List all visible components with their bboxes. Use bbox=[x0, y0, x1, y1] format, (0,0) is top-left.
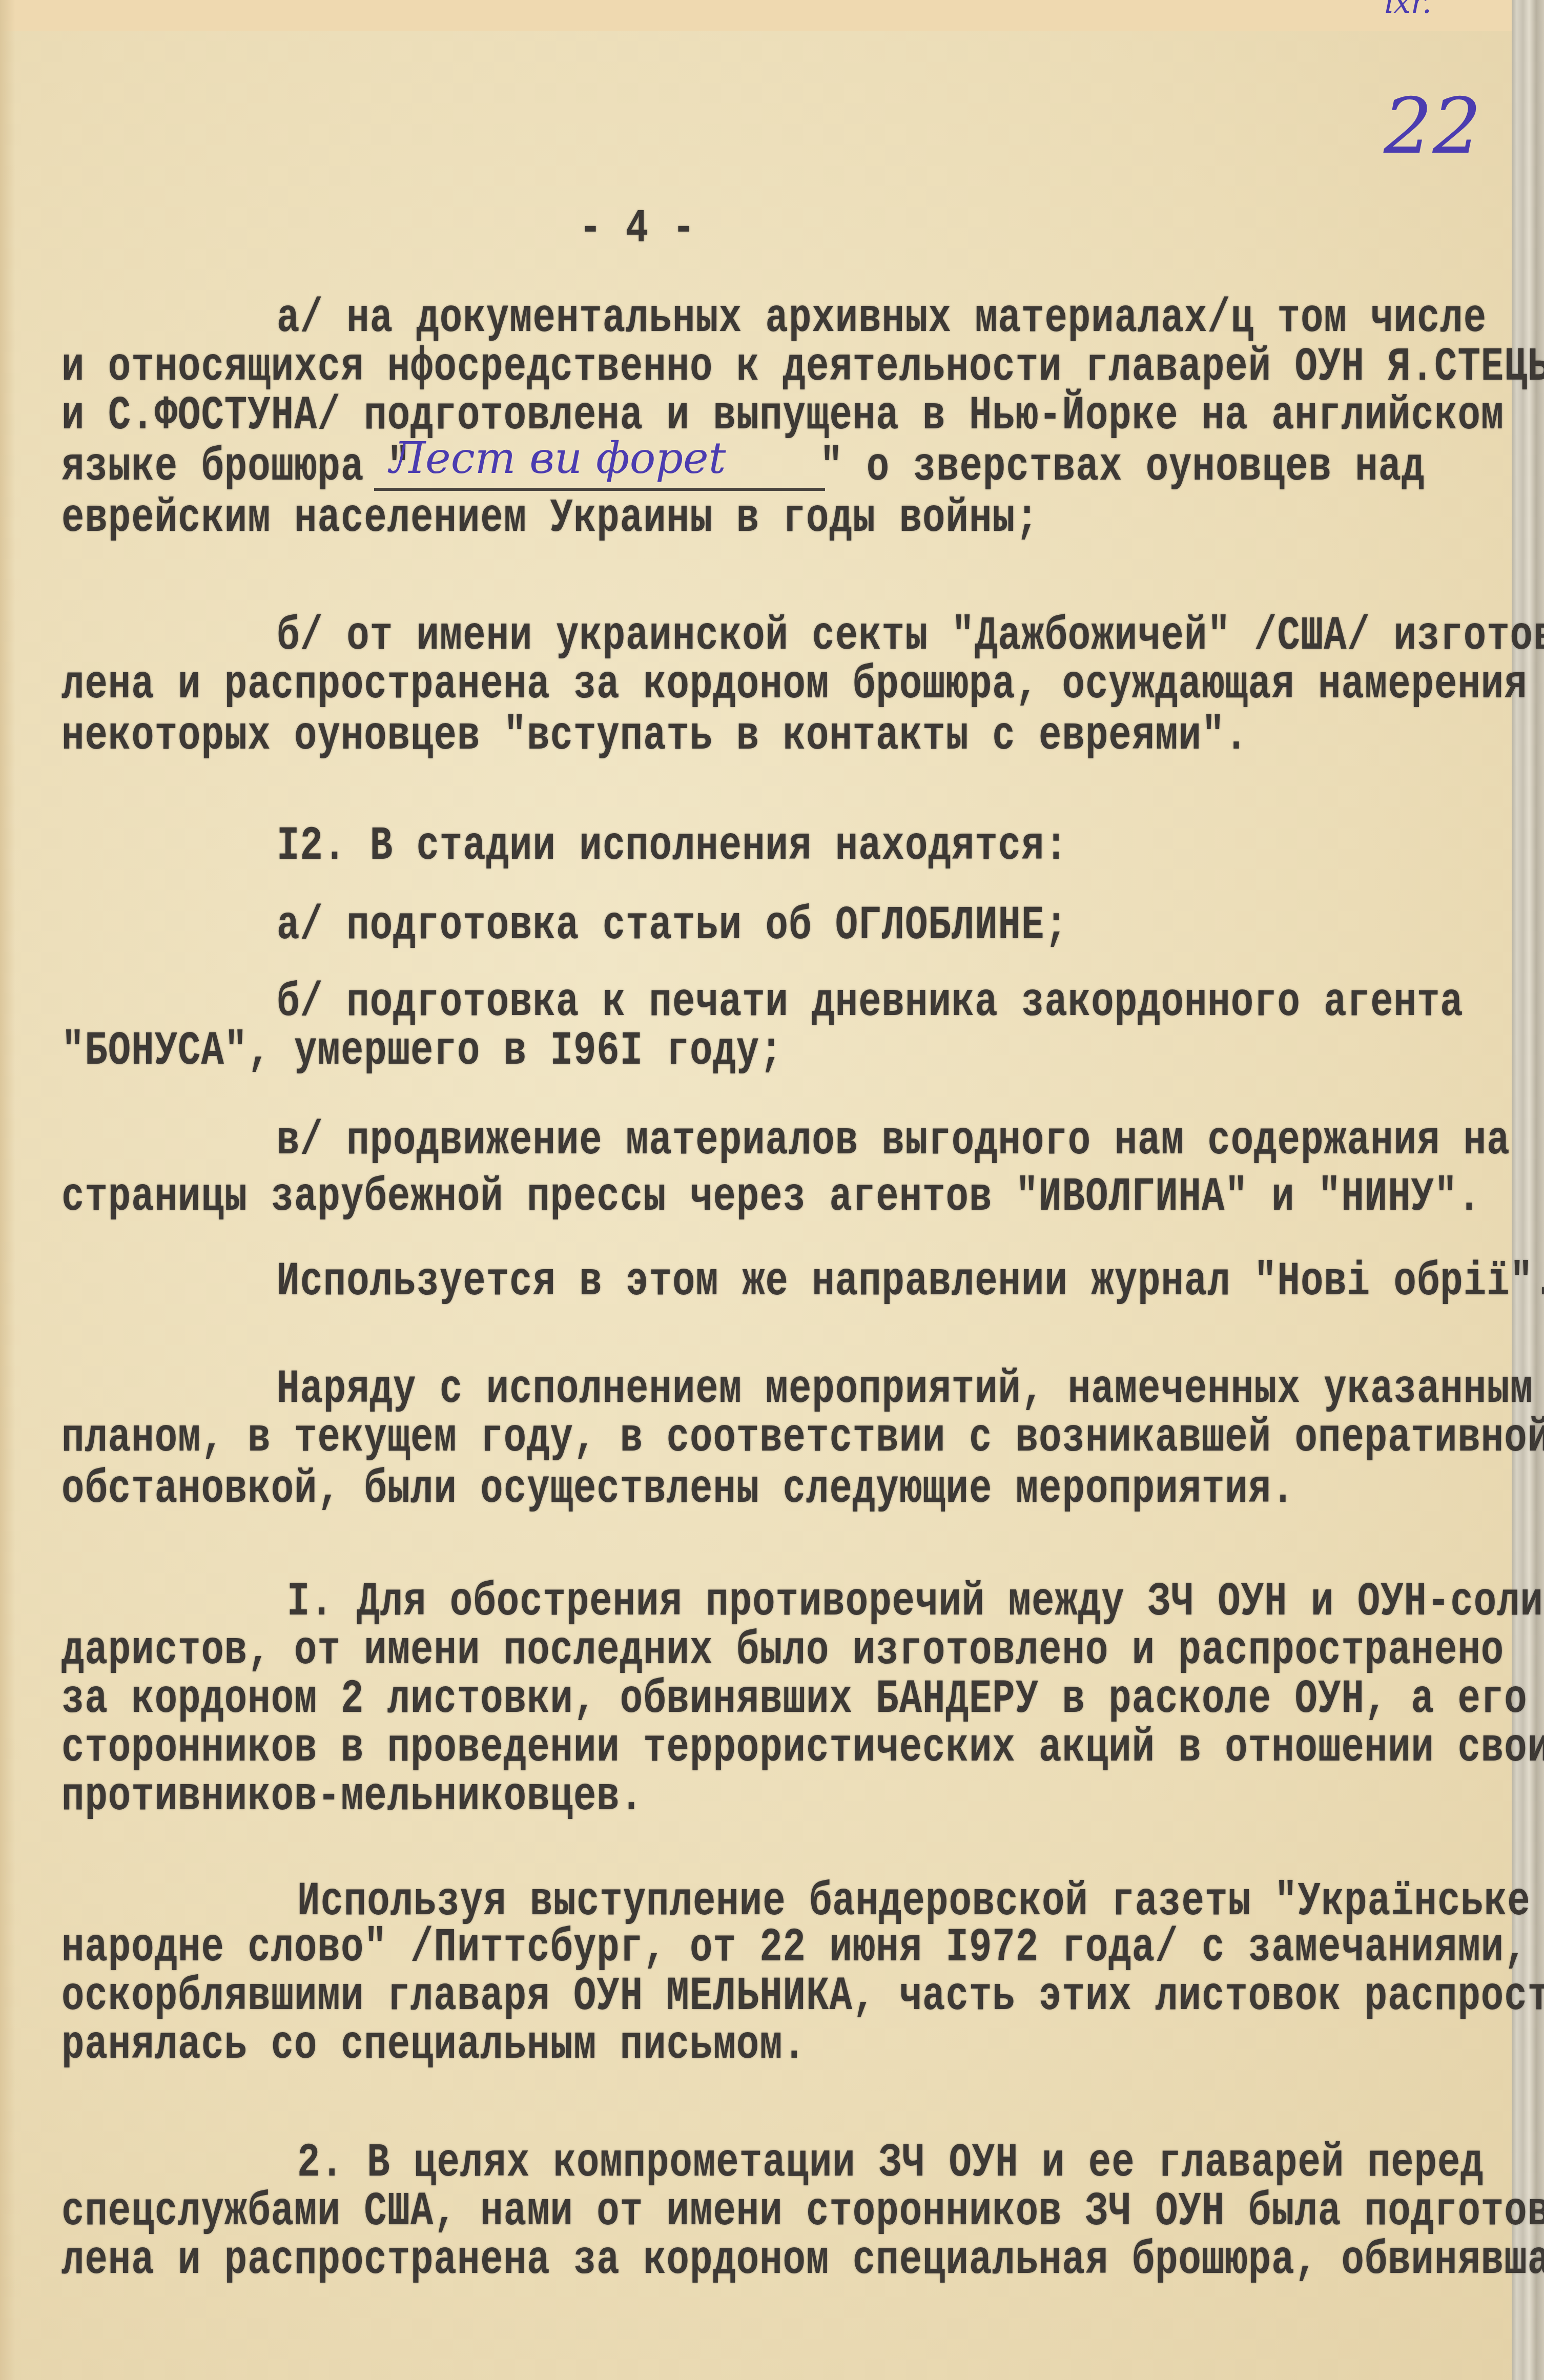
text-line: некоторых оуновцев "вступать в контакты … bbox=[61, 710, 1248, 763]
text-line: Используется в этом же направлении журна… bbox=[277, 1255, 1544, 1309]
text-line: а/ подготовка статьи об ОГЛОБЛИНЕ; bbox=[277, 899, 1068, 953]
text-line: спецслужбами США, нами от имени сторонни… bbox=[61, 2185, 1544, 2239]
text-line: I. Для обострения противоречий между ЗЧ … bbox=[287, 1576, 1544, 1629]
page-left-shadow bbox=[0, 0, 15, 2380]
text-line: оскорблявшими главаря ОУН МЕЛЬНИКА, част… bbox=[61, 1970, 1544, 2024]
text-line: а/ на документальных архивных материалах… bbox=[277, 292, 1487, 346]
text-line: в/ продвижение материалов выгодного нам … bbox=[277, 1114, 1510, 1168]
text-line: 2. В целях компрометации ЗЧ ОУН и ее гла… bbox=[297, 2137, 1484, 2190]
text-line: планом, в текущем году, в соответствии с… bbox=[61, 1412, 1544, 1465]
folio-number: 22 bbox=[1384, 82, 1481, 171]
text-line: б/ подготовка к печати дневника закордон… bbox=[277, 976, 1464, 1030]
text-line: лена и распространена за кордоном брошюр… bbox=[61, 658, 1528, 712]
text-line: и относящихся нфосредственно к деятельно… bbox=[61, 341, 1544, 395]
text-line: б/ от имени украинской секты "Дажбожичей… bbox=[277, 610, 1544, 664]
text-line: Наряду с исполнением мероприятий, намече… bbox=[277, 1363, 1533, 1417]
section-heading: I2. В стадии исполнения находятся: bbox=[277, 820, 1068, 874]
text-line: лена и распространена за кордоном специа… bbox=[61, 2234, 1544, 2288]
text-line: языке брошюра " bbox=[61, 441, 410, 494]
title-blank-underline bbox=[374, 488, 825, 491]
text-line: страницы зарубежной прессы через агентов… bbox=[61, 1171, 1481, 1225]
text-line: и С.ФОСТУНА/ подготовлена и выпущена в Н… bbox=[61, 389, 1504, 443]
text-line: народне слово" /Питтсбург, от 22 июня I9… bbox=[61, 1921, 1528, 1975]
page-top-edge bbox=[0, 0, 1512, 31]
text-line: за кордоном 2 листовки, обвинявших БАНДЕ… bbox=[61, 1673, 1528, 1727]
text-line: даристов, от имени последних было изгото… bbox=[61, 1624, 1504, 1678]
corner-handwritten-mark: ıxr. bbox=[1384, 0, 1432, 20]
text-line: еврейским населением Украины в годы войн… bbox=[61, 492, 1039, 546]
text-line: "БОНУСА", умершего в I96I году; bbox=[61, 1025, 783, 1079]
page-number: - 4 - bbox=[579, 202, 695, 256]
handwritten-brochure-title: Лест ви фореt bbox=[389, 433, 726, 483]
text-line: " о зверствах оуновцев над bbox=[820, 441, 1425, 494]
text-line: обстановкой, были осуществлены следующие… bbox=[61, 1463, 1295, 1517]
text-line: противников-мельниковцев. bbox=[61, 1770, 643, 1824]
text-line: сторонников в проведении террористически… bbox=[61, 1722, 1544, 1775]
text-line: ранялась со специальным письмом. bbox=[61, 2019, 806, 2073]
